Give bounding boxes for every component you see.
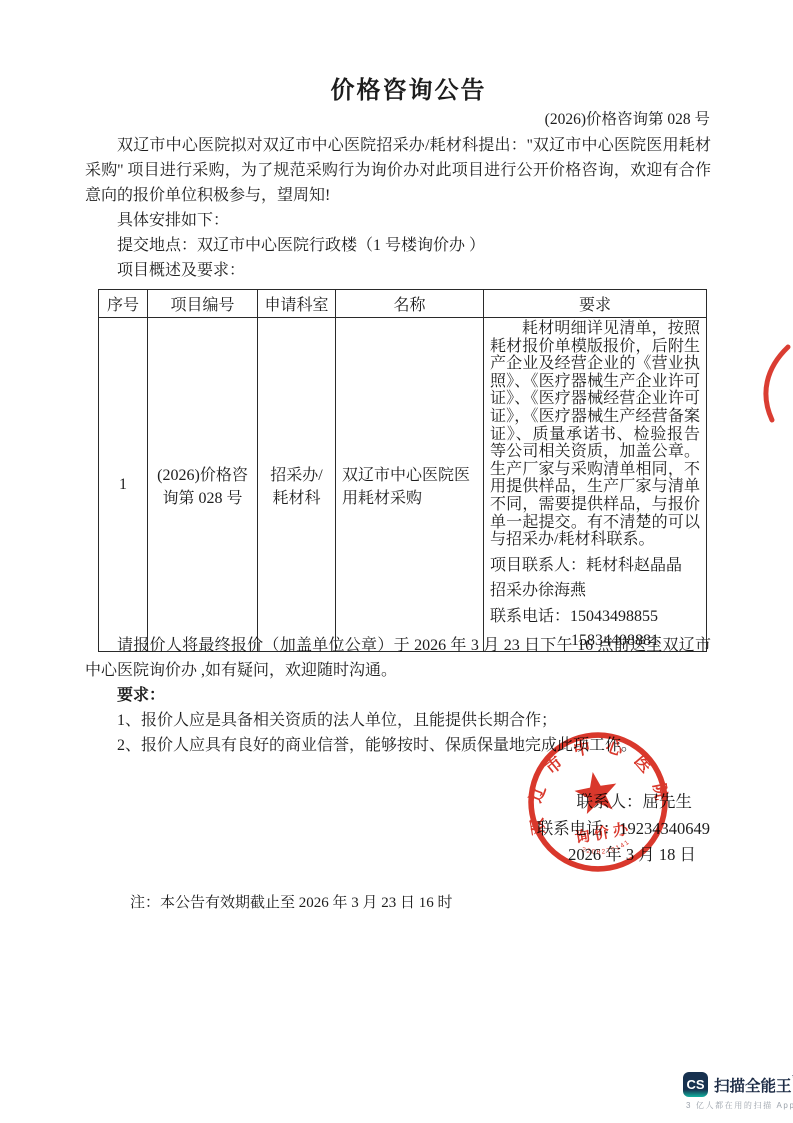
requirements-label: 要求： bbox=[85, 683, 711, 708]
header-project-no: 项目编号 bbox=[148, 290, 258, 318]
document-number: (2026)价格咨询第 028 号 bbox=[545, 107, 710, 129]
app-name-text: 扫描全能王 bbox=[714, 1078, 792, 1095]
cell-requirements: 耗材明细详见清单，按照耗材报价单模版报价，后附生产企业及经营企业的《营业执照》、… bbox=[484, 318, 707, 652]
header-requirements: 要求 bbox=[484, 290, 707, 318]
page-title: 价格咨询公告 bbox=[0, 70, 793, 105]
requirements-paragraph: 耗材明细详见清单，按照耗材报价单模版报价，后附生产企业及经营企业的《营业执照》、… bbox=[490, 320, 700, 549]
intro-paragraph: 双辽市中心医院拟对双辽市中心医院招采办/耗材科提出：''双辽市中心医院医用耗材采… bbox=[85, 133, 711, 208]
submit-location-line: 提交地点：双辽市中心医院行政楼（1 号楼询价办 ） bbox=[85, 233, 711, 258]
requirement-item-2: 2、报价人应具有良好的商业信誉，能够按时、保质保量地完成此项工作。 bbox=[85, 733, 711, 758]
project-contact-line: 项目联系人：耗材科赵晶晶 bbox=[490, 557, 700, 575]
signature-block: 联系人：屈先生 联系电话：19234340649 2026 年 3 月 18 日 bbox=[440, 789, 710, 869]
requirement-item-1: 1、报价人应是具备相关资质的法人单位，且能提供长期合作； bbox=[85, 708, 711, 733]
cell-project-no: (2026)价格咨询第 028 号 bbox=[148, 318, 258, 652]
validity-footnote: 注：本公告有效期截止至 2026 年 3 月 23 日 16 时 bbox=[130, 891, 453, 912]
header-name: 名称 bbox=[336, 290, 484, 318]
arrangement-label: 具体安排如下： bbox=[85, 208, 711, 233]
table-header-row: 序号 项目编号 申请科室 名称 要求 bbox=[99, 290, 707, 318]
camscanner-watermark: CS 扫描全能王™ 3 亿人都在用的扫描 App bbox=[683, 1072, 783, 1111]
procurement-contact-line: 招采办徐海燕 bbox=[490, 582, 700, 600]
camscanner-app-name: 扫描全能王™ bbox=[714, 1074, 793, 1096]
header-seq: 序号 bbox=[99, 290, 148, 318]
deadline-paragraph: 请报价人将最终报价（加盖单位公章）于 2026 年 3 月 23 日下午 16 … bbox=[85, 633, 711, 683]
contact-phone-line: 联系电话：19234340649 bbox=[440, 816, 710, 843]
intro-section: 双辽市中心医院拟对双辽市中心医院招采办/耗材科提出：''双辽市中心医院医用耗材采… bbox=[85, 133, 711, 283]
partial-stamp-arc bbox=[746, 344, 793, 424]
contact-phone-line: 联系电话：15043498855 bbox=[490, 608, 700, 626]
scanned-announcement-page: 价格咨询公告 (2026)价格咨询第 028 号 双辽市中心医院拟对双辽市中心医… bbox=[0, 0, 793, 1123]
cell-seq: 1 bbox=[99, 318, 148, 652]
closing-section: 请报价人将最终报价（加盖单位公章）于 2026 年 3 月 23 日下午 16 … bbox=[85, 633, 711, 758]
cell-name: 双辽市中心医院医用耗材采购 bbox=[336, 318, 484, 652]
contact-person-line: 联系人：屈先生 bbox=[440, 789, 710, 816]
project-table: 序号 项目编号 申请科室 名称 要求 1 (2026)价格咨询第 028 号 招… bbox=[98, 289, 707, 652]
table-row: 1 (2026)价格咨询第 028 号 招采办/耗材科 双辽市中心医院医用耗材采… bbox=[99, 318, 707, 652]
camscanner-logo-icon: CS bbox=[683, 1072, 708, 1097]
cell-department: 招采办/耗材科 bbox=[258, 318, 336, 652]
signature-date: 2026 年 3 月 18 日 bbox=[440, 842, 710, 869]
header-department: 申请科室 bbox=[258, 290, 336, 318]
camscanner-tagline: 3 亿人都在用的扫描 App bbox=[683, 1100, 783, 1111]
overview-label: 项目概述及要求： bbox=[85, 258, 711, 283]
